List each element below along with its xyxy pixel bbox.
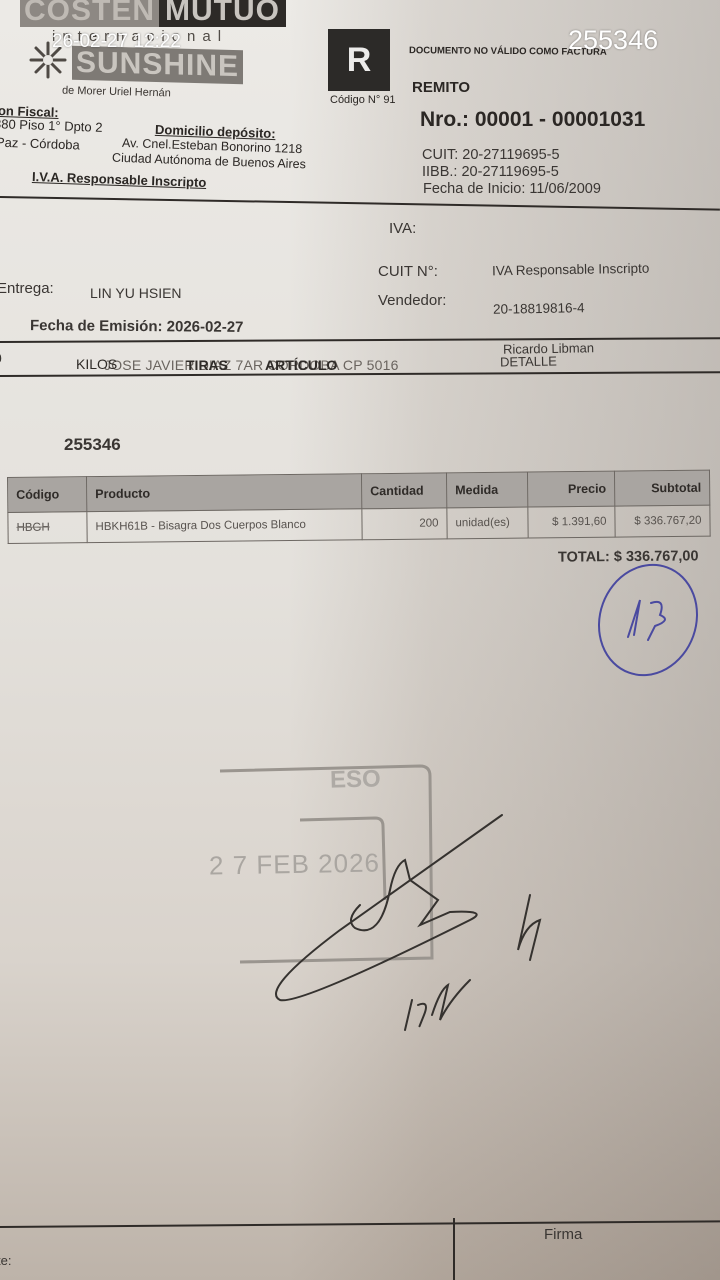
seller-label: Vendedor: [378,292,446,309]
issue-date: Fecha de Emisión: 2026-02-27 [30,317,244,336]
fiscal-address-line1: 380 Piso 1° Dpto 2 [0,116,103,135]
issuer-cuit: CUIT: 20-27119695-5 [422,147,560,163]
divider [0,196,720,211]
signature-label: Firma [544,1226,582,1243]
cell-price: $ 1.391,60 [528,506,615,538]
kilos-label: KILOS [76,356,117,372]
client-iva-label: IVA: [389,220,416,237]
col-code: Código [8,477,87,513]
stamp-date: 2 7 FEB 2026 [209,848,381,882]
logo-top-b: MUTUO [159,0,286,27]
company-owner: de Morer Uriel Hernán [62,85,171,100]
items-table: Código Producto Cantidad Medida Precio S… [7,470,711,544]
articulo-label: ARTÍCULO [265,357,337,373]
logo-top: COSTENMUTUO [20,0,286,28]
stamp-and-signatures [0,560,720,1060]
photo-timestamp: 26-02-27 12:22 [52,31,181,53]
reference-code: 255346 [64,435,121,455]
table-row: HBGH HBKH61B - Bisagra Dos Cuerpos Blanc… [8,505,710,543]
row-prefix: 0 [0,350,2,366]
iva-condition: I.V.A. Responsable Inscripto [32,169,207,190]
stamp-word: ESO [330,765,381,794]
tiras-label: TIRAS [186,357,228,373]
document-number: Nro.: 00001 - 00001031 [420,108,645,132]
lighting-shade [0,0,720,1280]
col-quantity: Cantidad [361,473,446,509]
cell-quantity: 200 [362,508,447,540]
cell-product: HBKH61B - Bisagra Dos Cuerpos Blanco [87,509,362,543]
footer-vertical-divider [453,1218,455,1280]
client-cuit-label: CUIT N°: [378,263,438,280]
client-cuit-value: IVA Responsable Inscripto [492,261,650,279]
divider [0,337,720,343]
col-unit: Medida [446,472,527,508]
footer-left-label: te: [0,1253,11,1268]
cell-unit: unidad(es) [447,507,528,539]
delivery-value: LIN YU HSIEN [90,285,182,301]
start-date: Fecha de Inicio: 11/06/2009 [423,181,601,197]
logo-top-a: COSTEN [20,0,159,27]
col-subtotal: Subtotal [614,470,709,506]
document-type: REMITO [412,79,470,96]
col-product: Producto [87,474,362,512]
footer-divider [0,1220,720,1228]
photo-code: 255346 [568,25,658,56]
cell-code: HBGH [8,512,87,544]
seller-value: 20-18819816-4 [493,300,585,317]
col-price: Precio [527,471,614,507]
document-letter-box: R [328,29,390,91]
delivery-label: Entrega: [0,280,54,297]
circled-initials-icon [584,560,713,689]
document-code: Código N° 91 [330,94,396,106]
fiscal-address-line2: Paz - Córdoba [0,135,80,153]
client-address: JOSE JAVIER DIAZ 7AR CORDOBA CP 5016 [104,357,399,373]
detail-label: DETALLE [500,354,557,370]
signature-icon [276,815,540,1030]
cell-subtotal: $ 336.767,20 [615,505,710,537]
issuer-iibb: IIBB.: 20-27119695-5 [422,164,559,180]
total-amount: TOTAL: $ 336.767,00 [558,548,699,565]
